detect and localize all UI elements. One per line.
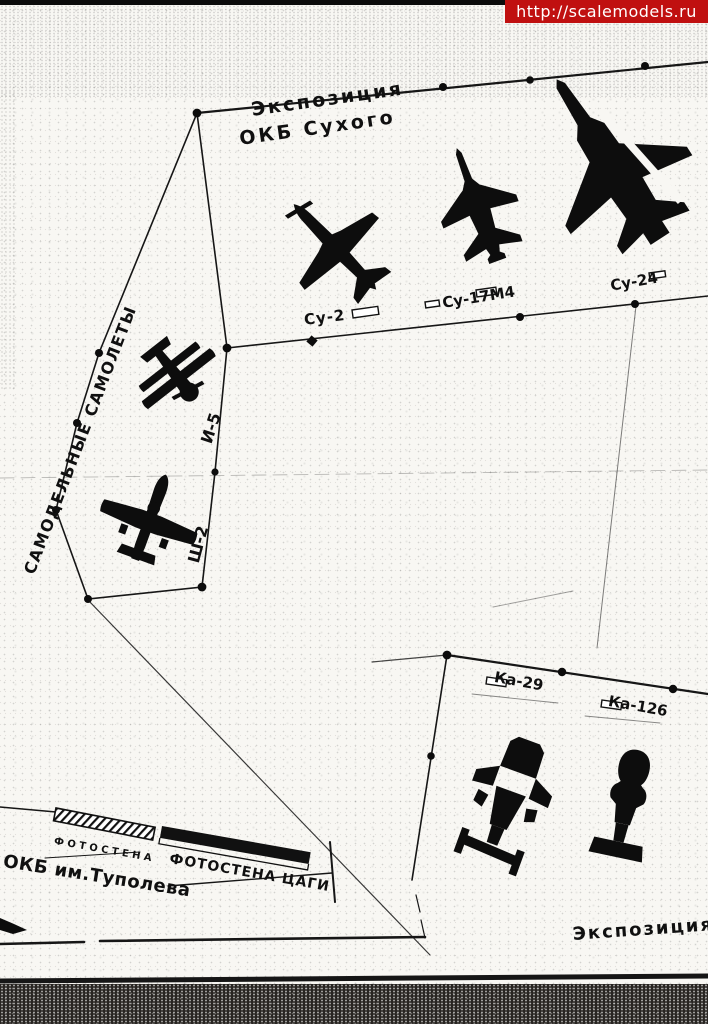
sukhoi-area-left-edge	[197, 113, 227, 348]
su-2-silhouette	[256, 168, 413, 325]
bottom-scan-edge-line	[0, 976, 708, 981]
i-5-silhouette	[119, 319, 230, 426]
tupolev-photo-wall-bar	[54, 808, 156, 840]
helicopter-area-top-edge	[447, 655, 708, 694]
bottom-wall-line	[0, 937, 425, 944]
wall-divider-mark	[330, 842, 335, 902]
scanned-museum-floor-plan: http://scalemodels.ru	[0, 0, 708, 1024]
path-vertical-line	[597, 306, 636, 648]
ka-126-silhouette	[588, 744, 664, 862]
helicopter-area-left-edge	[412, 655, 447, 880]
scan-scratch-line	[0, 470, 708, 478]
ka-29-silhouette	[446, 727, 567, 879]
photo-wall-lead-line	[0, 807, 56, 812]
scan-scratch-line	[493, 591, 573, 607]
su-17m4-silhouette	[419, 134, 535, 274]
panel-corner-lead-line	[372, 655, 447, 662]
su-24-silhouette	[496, 40, 708, 278]
ka29-leader-line	[472, 694, 558, 703]
path-diagonal-line	[88, 600, 430, 955]
exhibit-stand-markers	[352, 271, 666, 710]
plan-vertex-dots	[52, 62, 677, 760]
scan-bottom-band	[0, 984, 708, 1024]
helicopter-area-left-edge-dashes	[416, 895, 425, 938]
scan-blob	[0, 918, 27, 934]
